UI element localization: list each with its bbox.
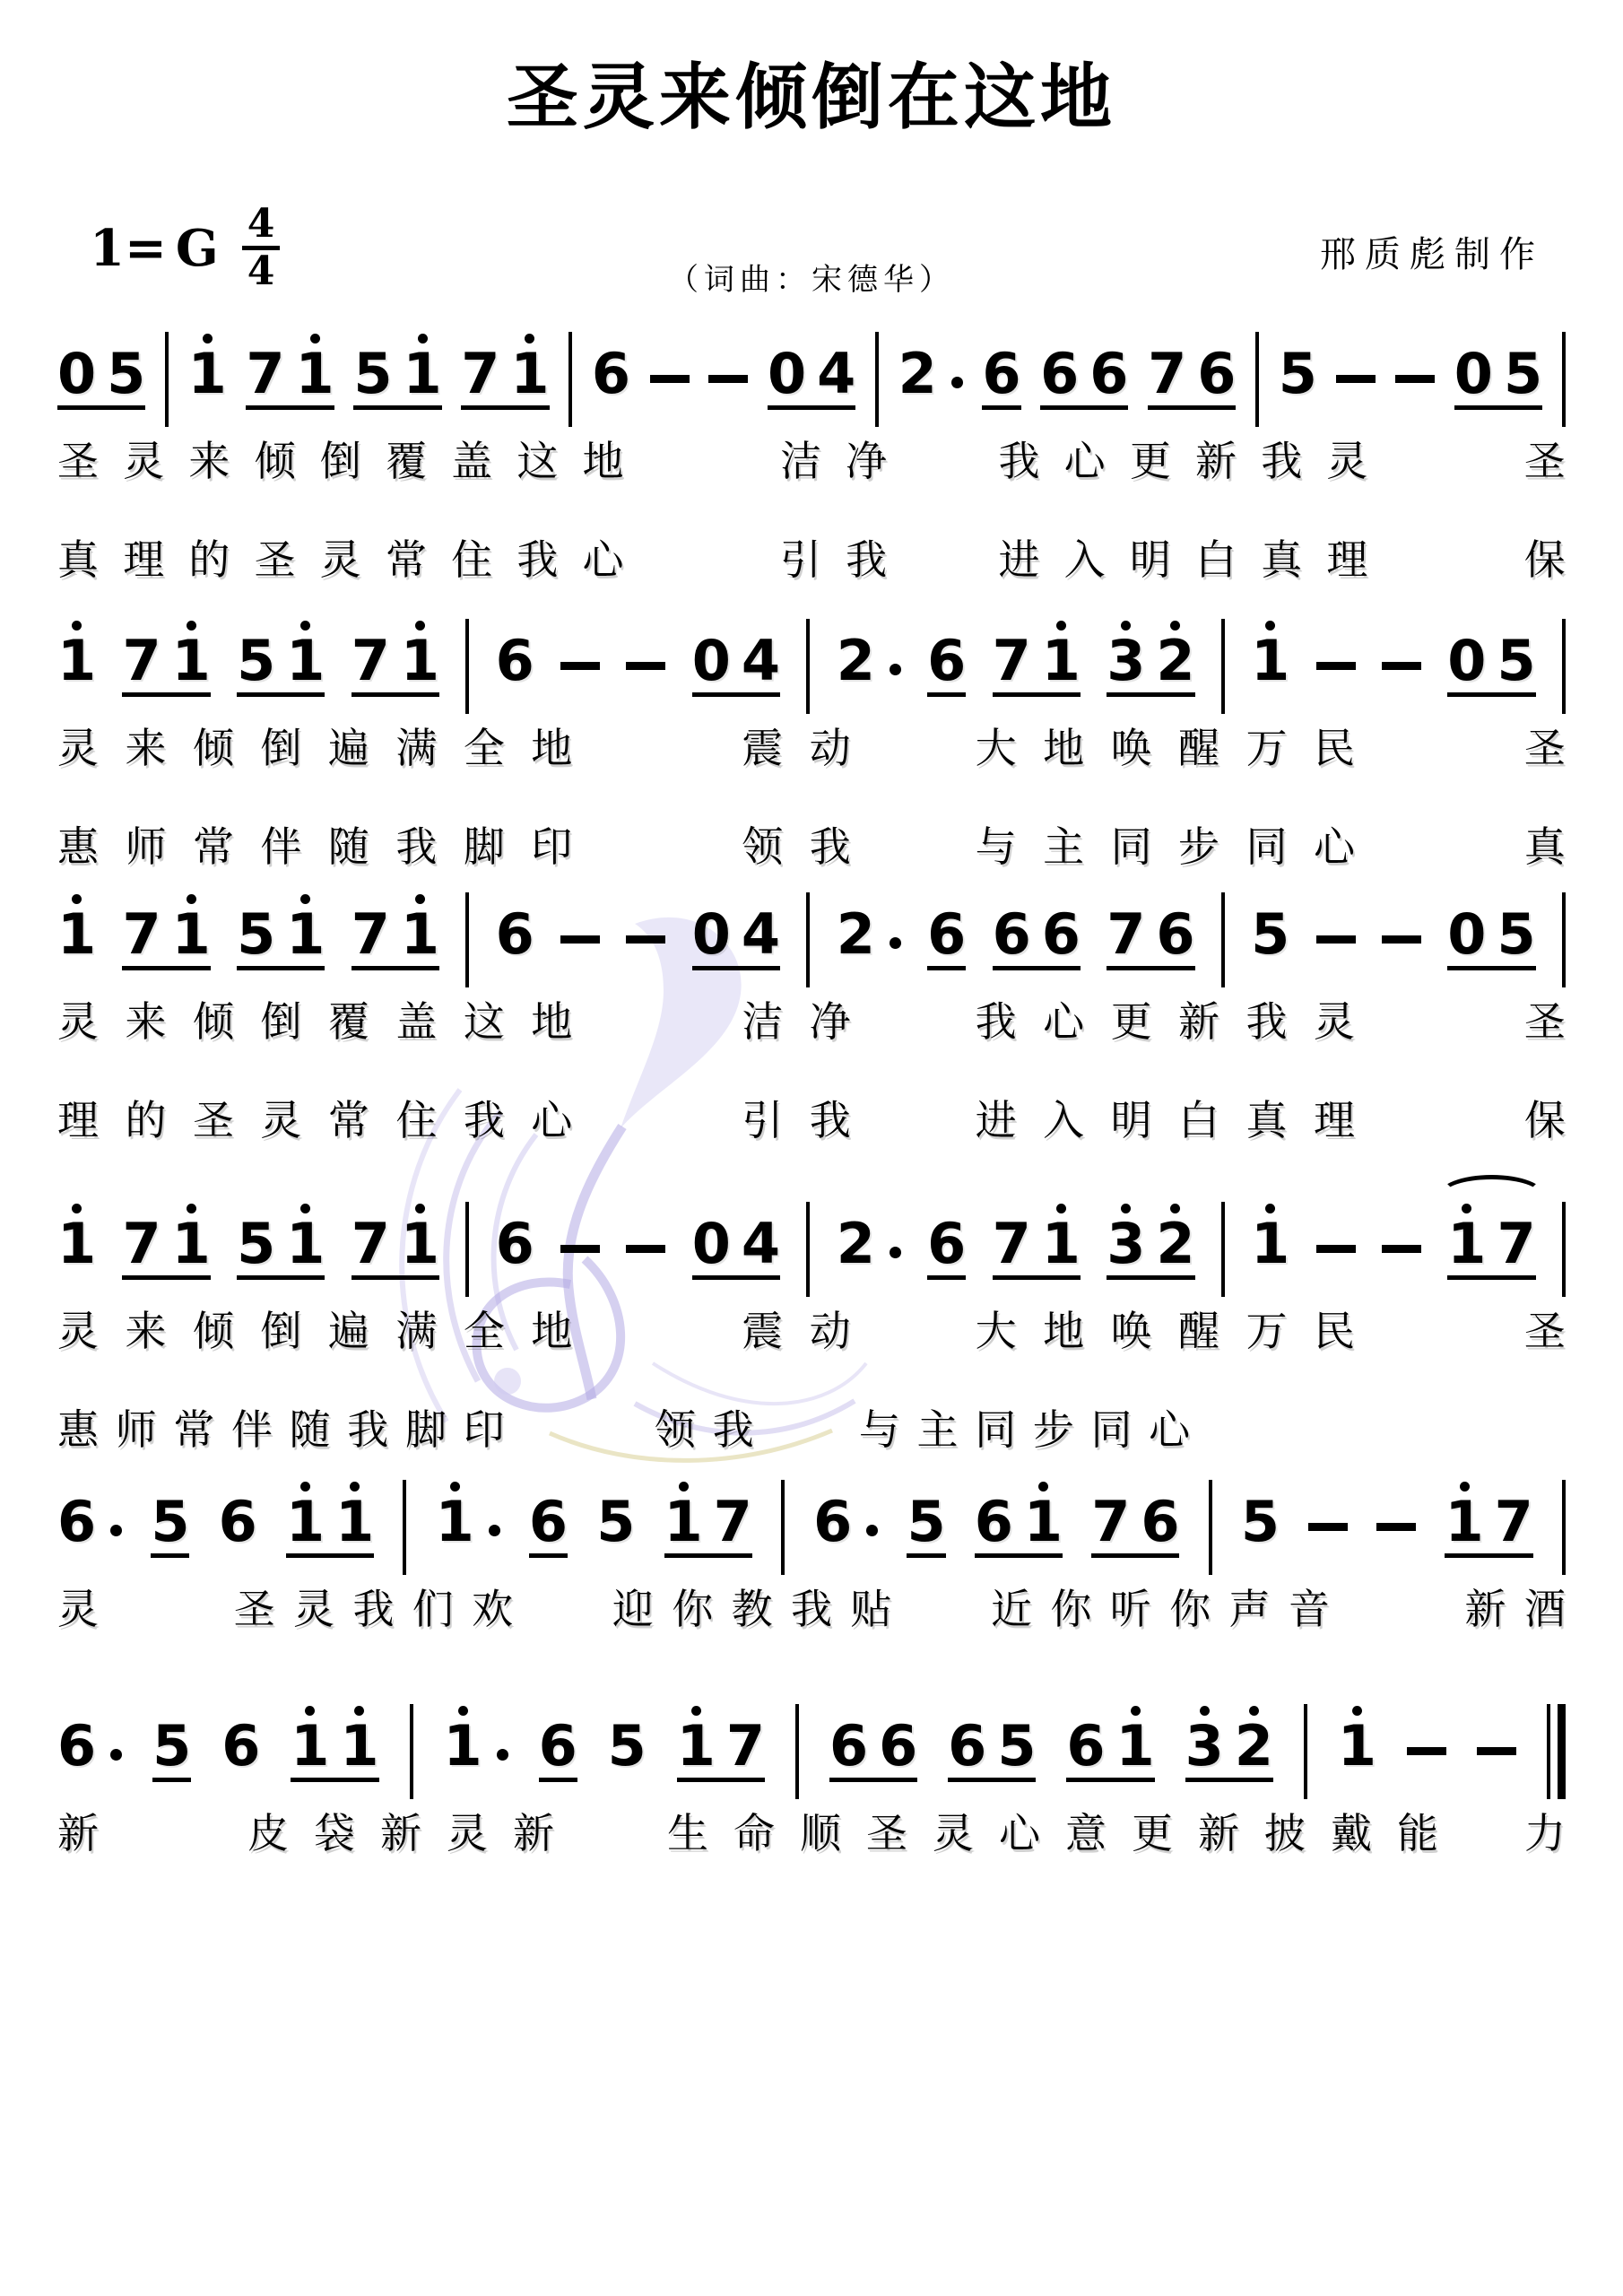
note-digit: 5 xyxy=(907,1496,945,1549)
lyric-char: 同 xyxy=(1091,1409,1133,1450)
jianpu-note: 4 xyxy=(817,330,855,401)
note-digit: 1 xyxy=(1445,1496,1483,1549)
duration-dot xyxy=(890,664,901,675)
note-token: 5 xyxy=(907,1478,945,1558)
jianpu-note: 1 xyxy=(57,617,96,688)
note-token: 1 xyxy=(1251,1200,1289,1271)
note-group-token: 11 xyxy=(286,1478,374,1558)
duration-dash xyxy=(560,1245,600,1253)
jianpu-note: 6 xyxy=(1042,891,1081,961)
lyric-char: 保 xyxy=(1524,1100,1566,1141)
lyric-char: 这 xyxy=(516,440,558,482)
duration-dash xyxy=(626,935,665,944)
lyric-char: 住 xyxy=(395,1100,437,1141)
note-digit: 1 xyxy=(286,1218,325,1271)
lyric-char: 酒 xyxy=(1524,1588,1566,1630)
note-digit: 5 xyxy=(1241,1496,1280,1549)
duration-dash xyxy=(1308,1523,1348,1531)
jianpu-note: 4 xyxy=(742,891,780,961)
duration-dash xyxy=(560,935,600,944)
lyric-char: 近 xyxy=(991,1588,1032,1630)
jianpu-note: 1 xyxy=(1024,1478,1063,1549)
lyric-char: 灵 xyxy=(57,1310,99,1352)
jianpu-note: 1 xyxy=(172,891,211,961)
note-digit: 4 xyxy=(817,348,855,401)
lyric-spacer xyxy=(877,1022,949,1022)
jianpu-note: 1 xyxy=(172,1200,211,1271)
beamed-note-group: 51 xyxy=(237,891,325,970)
lyric-spacer xyxy=(599,748,716,749)
lyric-char: 新 xyxy=(1465,1588,1506,1630)
lyric-spacer xyxy=(1381,748,1497,749)
lyric-char: 迎 xyxy=(612,1588,654,1630)
note-group-token: 71 xyxy=(122,617,210,697)
note-digit: 7 xyxy=(246,348,284,401)
lyric-char: 圣 xyxy=(1524,1310,1566,1352)
jianpu-note: 6 xyxy=(57,1478,96,1549)
note-digit: 1 xyxy=(57,1218,96,1271)
note-token: 6 xyxy=(982,330,1020,410)
beamed-note-group: 76 xyxy=(1091,1478,1179,1558)
lyric-char: 与 xyxy=(859,1409,900,1450)
jianpu-note: 5 xyxy=(997,1702,1036,1773)
jianpu-note: 6 xyxy=(975,1478,1013,1549)
lyric-char: 新 xyxy=(380,1813,421,1854)
lyric-char: 全 xyxy=(464,1310,505,1352)
note-digit: 7 xyxy=(352,909,390,961)
lyric-char: 同 xyxy=(975,1409,1016,1450)
duration-dash xyxy=(1477,1747,1516,1755)
note-token: 6 xyxy=(496,617,534,688)
lyric-char: 力 xyxy=(1524,1813,1566,1854)
note-token: 2 xyxy=(837,1200,901,1271)
lyric-char: 主 xyxy=(1043,826,1084,867)
jianpu-note: 2 xyxy=(898,330,937,401)
note-token: 5 xyxy=(1251,891,1289,961)
jianpu-note: 6 xyxy=(1066,1702,1105,1773)
jianpu-note: 6 xyxy=(496,617,534,688)
lyric-char: 真 xyxy=(57,539,99,580)
lyric-char: 醒 xyxy=(1178,1310,1219,1352)
jianpu-note: 6 xyxy=(529,1478,568,1558)
barline xyxy=(1221,619,1225,714)
note-digit: 7 xyxy=(122,635,161,688)
lyric-char: 来 xyxy=(125,1310,166,1352)
barline xyxy=(1255,332,1259,427)
lyric-char: 遍 xyxy=(328,727,369,769)
lyric-char: 脚 xyxy=(464,826,505,867)
beamed-note-group: 76 xyxy=(1148,330,1236,410)
lyric-char: 动 xyxy=(810,727,851,769)
beamed-note-group: 71 xyxy=(461,330,549,410)
lyric-char: 顺 xyxy=(800,1813,841,1854)
note-digit: 7 xyxy=(1107,909,1145,961)
note-token: 6 xyxy=(221,1702,260,1773)
notes-row: 6561116517656176517 xyxy=(57,1478,1566,1578)
lyric-char: 随 xyxy=(328,826,369,867)
jianpu-note: 1 xyxy=(1042,617,1081,688)
note-digit: 7 xyxy=(993,1218,1031,1271)
lyric-char: 明 xyxy=(1111,1100,1152,1141)
jianpu-note: 6 xyxy=(496,891,534,961)
jianpu-note: 1 xyxy=(401,617,439,688)
lyric-char: 引 xyxy=(780,539,821,580)
lyric-char: 与 xyxy=(976,826,1017,867)
lyric-char: 我 xyxy=(464,1100,505,1141)
lyric-spacer xyxy=(579,1833,642,1834)
note-group-token: 05 xyxy=(57,330,145,410)
jianpu-note: 7 xyxy=(1107,891,1145,961)
note-digit: 1 xyxy=(57,909,96,961)
jianpu-note: 3 xyxy=(1107,1200,1145,1271)
note-digit: 1 xyxy=(401,635,439,688)
jianpu-note: 6 xyxy=(948,1702,986,1773)
jianpu-note: 1 xyxy=(510,330,549,401)
note-token: 1 xyxy=(57,617,96,688)
note-digit: 7 xyxy=(122,1218,161,1271)
lyric-spacer xyxy=(117,1609,215,1610)
lyric-char: 理 xyxy=(123,539,164,580)
lyric-char: 我 xyxy=(352,1588,394,1630)
note-token: 2 xyxy=(837,891,901,961)
jianpu-note: 0 xyxy=(1447,891,1486,961)
barline xyxy=(1304,1704,1307,1799)
lyric-spacer xyxy=(521,1430,638,1431)
jianpu-note: 4 xyxy=(742,1200,780,1271)
lyric-spacer xyxy=(1207,1430,1566,1431)
jianpu-note: 1 xyxy=(286,617,325,688)
lyric-char: 灵 xyxy=(933,1813,974,1854)
note-token: 6 xyxy=(57,1702,122,1773)
note-group-token: 71 xyxy=(461,330,549,410)
note-digit: 0 xyxy=(692,635,731,688)
lyric-char: 心 xyxy=(531,1100,572,1141)
final-barline-thick xyxy=(1558,1704,1566,1799)
note-digit: 6 xyxy=(948,1720,986,1773)
duration-dash xyxy=(1316,935,1356,944)
beamed-note-group: 05 xyxy=(1447,617,1535,697)
jianpu-note: 6 xyxy=(927,1200,966,1280)
note-digit: 3 xyxy=(1107,1218,1145,1271)
note-digit: 1 xyxy=(172,635,211,688)
lyric-char: 教 xyxy=(732,1588,773,1630)
note-group-token: 17 xyxy=(1445,1478,1532,1558)
final-barline xyxy=(1547,1704,1566,1799)
lyric-char: 们 xyxy=(412,1588,454,1630)
jianpu-note: 5 xyxy=(608,1702,647,1773)
lyric-char: 心 xyxy=(1064,440,1106,482)
jianpu-note: 1 xyxy=(401,1200,439,1271)
jianpu-note: 1 xyxy=(340,1702,378,1773)
lyric-spacer xyxy=(599,1331,716,1332)
note-token: 6 xyxy=(927,617,966,697)
barline xyxy=(465,892,469,987)
lyric-char: 常 xyxy=(328,1100,369,1141)
note-token: 6 xyxy=(496,891,534,961)
lyric-char: 灵 xyxy=(260,1100,301,1141)
jianpu-note: 3 xyxy=(1185,1702,1224,1773)
duration-dash xyxy=(1316,662,1356,670)
note-digit: 1 xyxy=(1042,635,1081,688)
lyric-spacer xyxy=(1393,461,1500,462)
lyric-char: 能 xyxy=(1397,1813,1438,1854)
lyric-spacer xyxy=(911,461,974,462)
lyric-char: 净 xyxy=(846,440,887,482)
jianpu-note: 1 xyxy=(57,1200,96,1271)
lyric-char: 灵 xyxy=(1314,1001,1355,1042)
duration-dash xyxy=(1336,375,1376,383)
note-token: 5 xyxy=(596,1478,635,1549)
jianpu-note: 0 xyxy=(692,617,731,688)
final-barline-thin xyxy=(1547,1704,1550,1799)
beamed-note-group: 17 xyxy=(677,1702,765,1782)
lyric-spacer xyxy=(1348,1609,1446,1610)
barline xyxy=(1562,1202,1566,1297)
lyric-char: 保 xyxy=(1524,539,1566,580)
jianpu-note: 7 xyxy=(461,330,499,401)
jianpu-note: 6 xyxy=(219,1478,257,1549)
beamed-note-group: 17 xyxy=(664,1478,752,1558)
lyric-char: 这 xyxy=(464,1001,505,1042)
note-group-token: 61 xyxy=(975,1478,1063,1558)
note-digit: 7 xyxy=(461,348,499,401)
lyric-char: 盖 xyxy=(451,440,492,482)
note-group-token: 71 xyxy=(352,1200,439,1280)
duration-dash xyxy=(626,662,665,670)
beamed-note-group: 66 xyxy=(993,891,1081,970)
beamed-note-group: 04 xyxy=(692,1200,780,1280)
beamed-note-group: 05 xyxy=(1454,330,1542,410)
beamed-note-group: 51 xyxy=(353,330,441,410)
lyric-char: 民 xyxy=(1314,1310,1355,1352)
jianpu-note: 6 xyxy=(813,1478,852,1549)
lyric-spacer xyxy=(648,560,756,561)
note-digit: 5 xyxy=(608,1720,647,1773)
note-digit: 0 xyxy=(768,348,806,401)
jianpu-note: 6 xyxy=(993,891,1031,961)
note-digit: 3 xyxy=(1185,1720,1224,1773)
note-digit: 6 xyxy=(1141,1496,1179,1549)
jianpu-note: 1 xyxy=(286,1478,325,1549)
note-digit: 6 xyxy=(1089,348,1128,401)
lyric-char: 明 xyxy=(1130,539,1171,580)
note-digit: 1 xyxy=(664,1496,703,1549)
duration-dash xyxy=(1376,1523,1416,1531)
lyric-char: 来 xyxy=(125,727,166,769)
lyric-char: 声 xyxy=(1228,1588,1270,1630)
lyric-char: 震 xyxy=(742,727,783,769)
jianpu-note: 1 xyxy=(1251,1200,1289,1271)
lyric-char: 师 xyxy=(125,826,166,867)
barline xyxy=(165,332,169,427)
note-group-token: 61 xyxy=(1066,1702,1154,1782)
lyric-char: 新 xyxy=(1198,1813,1239,1854)
lyric-char: 我 xyxy=(791,1588,832,1630)
lyric-char: 印 xyxy=(464,1409,505,1450)
lyric-char: 覆 xyxy=(386,440,427,482)
jianpu-note: 1 xyxy=(436,1478,474,1549)
note-group-token: 11 xyxy=(291,1702,378,1782)
barline xyxy=(1221,892,1225,987)
jianpu-note: 6 xyxy=(829,1702,868,1773)
note-digit: 5 xyxy=(237,1218,275,1271)
jianpu-note: 5 xyxy=(1279,330,1317,401)
lyric-char: 惠 xyxy=(57,1409,99,1450)
lyric-char: 地 xyxy=(531,1001,572,1042)
jianpu-note: 6 xyxy=(496,1200,534,1271)
jianpu-note: 1 xyxy=(664,1478,703,1549)
duration-dash xyxy=(560,662,600,670)
lyric-char: 灵 xyxy=(320,539,361,580)
note-digit: 6 xyxy=(592,348,630,401)
beamed-note-group: 32 xyxy=(1185,1702,1273,1782)
duration-dot xyxy=(110,1525,122,1536)
lyric-char: 意 xyxy=(1065,1813,1107,1854)
lyric-char: 圣 xyxy=(193,1100,234,1141)
note-digit: 5 xyxy=(1251,909,1289,961)
lyric-char: 万 xyxy=(1246,1310,1288,1352)
note-digit: 1 xyxy=(340,1720,378,1773)
barline xyxy=(795,1704,799,1799)
lyric-char: 心 xyxy=(1043,1001,1084,1042)
note-digit: 6 xyxy=(1197,348,1236,401)
note-token: 5 xyxy=(151,1478,189,1558)
lyric-char: 理 xyxy=(1326,539,1367,580)
lyric-char: 进 xyxy=(976,1100,1017,1141)
note-digit: 1 xyxy=(401,909,439,961)
jianpu-note: 6 xyxy=(1197,330,1236,401)
note-digit: 7 xyxy=(352,635,390,688)
note-digit: 7 xyxy=(1497,1218,1535,1271)
note-digit: 6 xyxy=(57,1496,96,1549)
lyric-char: 圣 xyxy=(1524,440,1566,482)
lyric-char: 来 xyxy=(125,1001,166,1042)
lyric-char: 袋 xyxy=(314,1813,355,1854)
lyric-char: 我 xyxy=(810,826,851,867)
note-digit: 1 xyxy=(1042,1218,1081,1271)
beamed-note-group: 71 xyxy=(122,1200,210,1280)
lyric-line: 灵来倾倒遍满全地震动大地唤醒万民圣 xyxy=(57,1304,1566,1358)
lyric-char: 新 xyxy=(57,1813,99,1854)
lyric-char: 伴 xyxy=(260,826,301,867)
note-group-token: 51 xyxy=(237,1200,325,1280)
note-digit: 1 xyxy=(335,1496,374,1549)
notes-row: 6561116517666561321 xyxy=(57,1702,1566,1803)
jianpu-note: 5 xyxy=(1497,891,1535,961)
jianpu-note: 1 xyxy=(286,891,325,961)
note-digit: 5 xyxy=(1279,348,1317,401)
lyric-char: 覆 xyxy=(328,1001,369,1042)
note-digit: 1 xyxy=(57,635,96,688)
slur-arc xyxy=(1438,1175,1544,1216)
jianpu-note: 3 xyxy=(1107,617,1145,688)
lyric-spacer xyxy=(877,847,949,848)
lyric-char: 生 xyxy=(667,1813,708,1854)
lyric-spacer xyxy=(877,748,949,749)
beamed-note-group: 65 xyxy=(948,1702,1036,1782)
duration-dot xyxy=(489,1525,500,1536)
jianpu-note: 2 xyxy=(837,1200,875,1271)
jianpu-note: 5 xyxy=(1241,1478,1280,1549)
lyric-spacer xyxy=(1393,560,1500,561)
lyric-char: 皮 xyxy=(247,1813,289,1854)
jianpu-note: 7 xyxy=(1495,1478,1533,1549)
note-digit: 6 xyxy=(975,1496,1013,1549)
lyric-char: 我 xyxy=(846,539,887,580)
jianpu-note: 5 xyxy=(107,330,145,401)
note-digit: 7 xyxy=(1091,1496,1130,1549)
lyric-char: 大 xyxy=(976,1310,1017,1352)
note-digit: 4 xyxy=(742,635,780,688)
jianpu-note: 7 xyxy=(1148,330,1186,401)
note-token: 1 xyxy=(1251,617,1289,688)
note-digit: 5 xyxy=(1497,635,1535,688)
note-token: 6 xyxy=(539,1702,577,1782)
lyric-char: 真 xyxy=(1261,539,1302,580)
lyric-char: 领 xyxy=(742,826,783,867)
note-group-token: 71 xyxy=(122,891,210,970)
duration-dash xyxy=(1316,1245,1356,1253)
note-group-token: 71 xyxy=(246,330,334,410)
lyric-spacer xyxy=(648,461,756,462)
beamed-note-group: 32 xyxy=(1107,1200,1194,1280)
note-token: 6 xyxy=(813,1478,878,1549)
lyric-line: 灵圣灵我们欢迎你教我贴近你听你声音新酒 xyxy=(57,1582,1566,1636)
note-token: 1 xyxy=(57,891,96,961)
note-group-token: 05 xyxy=(1447,617,1535,697)
lyric-char: 住 xyxy=(451,539,492,580)
lyric-line: 真理的圣灵常住我心引我进入明白真理保 xyxy=(57,533,1566,587)
jianpu-note: 7 xyxy=(352,891,390,961)
barline xyxy=(1209,1480,1212,1575)
lyric-char: 我 xyxy=(1261,440,1302,482)
lyric-char: 洁 xyxy=(780,440,821,482)
note-digit: 5 xyxy=(1504,348,1542,401)
time-signature-numerator: 4 xyxy=(242,204,281,250)
lyric-char: 理 xyxy=(1314,1100,1355,1141)
beamed-note-group: 11 xyxy=(291,1702,378,1782)
note-digit: 6 xyxy=(1040,348,1079,401)
note-digit: 6 xyxy=(1156,909,1194,961)
lyric-char: 倒 xyxy=(260,1001,301,1042)
note-group-token: 76 xyxy=(1107,891,1194,970)
lyric-char: 盖 xyxy=(395,1001,437,1042)
lyric-char: 全 xyxy=(464,727,505,769)
lyric-char: 地 xyxy=(583,440,624,482)
jianpu-note: 1 xyxy=(57,891,96,961)
note-token: 6 xyxy=(927,1200,966,1280)
lyric-char: 更 xyxy=(1111,1001,1152,1042)
note-digit: 5 xyxy=(353,348,392,401)
lyric-char: 圣 xyxy=(1524,727,1566,769)
lyric-char: 入 xyxy=(1064,539,1106,580)
jianpu-note: 5 xyxy=(596,1478,635,1549)
lyric-char: 师 xyxy=(116,1409,157,1450)
notes-row: 1715171604267132105 xyxy=(57,617,1566,717)
note-digit: 1 xyxy=(677,1720,716,1773)
jianpu-note: 5 xyxy=(353,330,392,401)
jianpu-note: 6 xyxy=(1089,330,1128,401)
lyric-char: 灵 xyxy=(293,1588,334,1630)
note-group-token: 51 xyxy=(237,617,325,697)
lyric-line: 圣灵来倾倒覆盖这地洁净我心更新我灵圣 xyxy=(57,434,1566,488)
lyric-char: 唤 xyxy=(1111,727,1152,769)
note-digit: 1 xyxy=(403,348,441,401)
lyric-char: 的 xyxy=(188,539,230,580)
jianpu-note: 1 xyxy=(1338,1702,1376,1773)
jianpu-note: 7 xyxy=(352,1200,390,1271)
note-digit: 1 xyxy=(1116,1720,1155,1773)
